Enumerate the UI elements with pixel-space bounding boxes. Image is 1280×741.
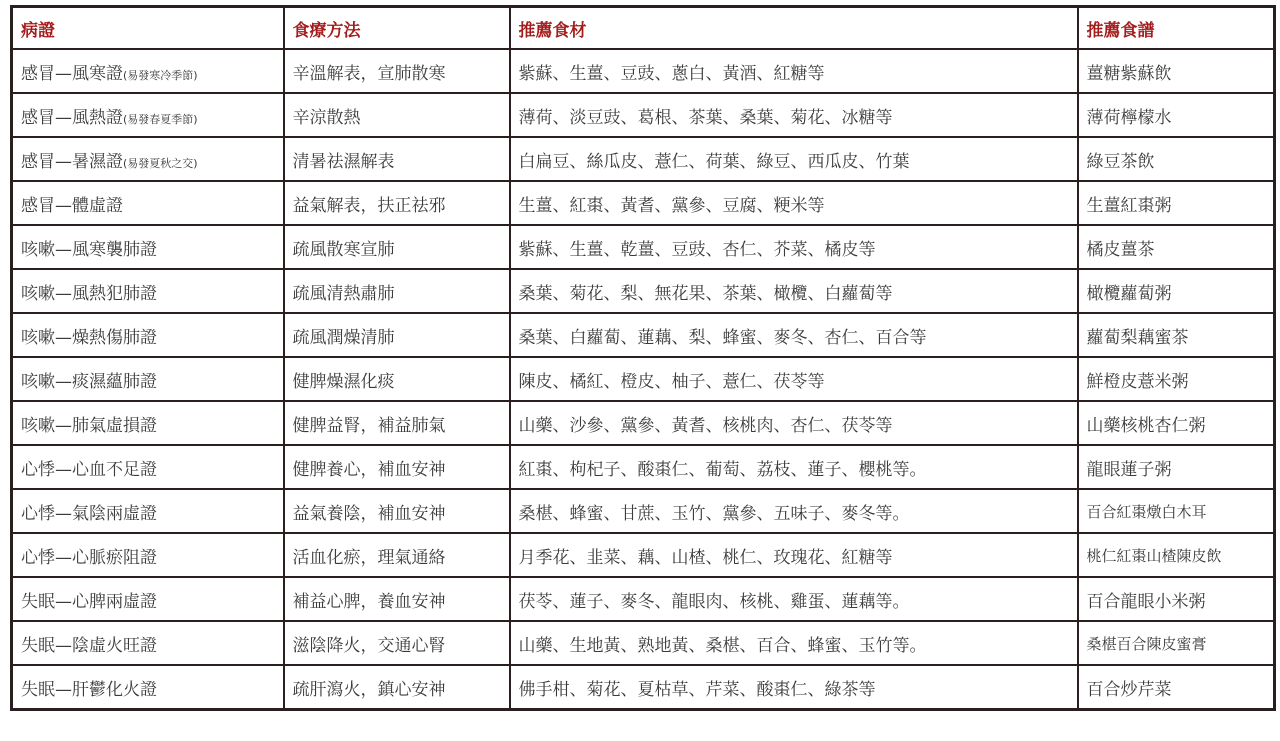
cell-condition-text: 咳嗽—痰濕蘊肺證 bbox=[21, 372, 157, 392]
cell-recipe: 生薑紅棗粥 bbox=[1078, 181, 1275, 225]
cell-method: 辛涼散熱 bbox=[284, 93, 510, 137]
cell-method-text: 益氣解表，扶正祛邪 bbox=[293, 196, 446, 216]
cell-condition: 心悸—心脈瘀阻證 bbox=[12, 533, 284, 577]
cell-method: 疏肝瀉火，鎮心安神 bbox=[284, 665, 510, 710]
cell-ingredients: 月季花、韭菜、藕、山楂、桃仁、玫瑰花、紅糖等 bbox=[510, 533, 1078, 577]
cell-condition-text: 感冒—風寒證 bbox=[21, 64, 123, 84]
cell-ingredients-text: 月季花、韭菜、藕、山楂、桃仁、玫瑰花、紅糖等 bbox=[519, 548, 893, 568]
cell-recipe-text: 薑糖紫蘇飲 bbox=[1087, 64, 1172, 84]
table-row: 心悸—心血不足證健脾養心，補血安神紅棗、枸杞子、酸棗仁、葡萄、荔枝、蓮子、櫻桃等… bbox=[12, 445, 1275, 489]
header-condition: 病證 bbox=[12, 7, 284, 50]
cell-ingredients: 桑椹、蜂蜜、甘蔗、玉竹、黨參、五味子、麥冬等。 bbox=[510, 489, 1078, 533]
cell-method: 益氣養陰，補血安神 bbox=[284, 489, 510, 533]
header-method: 食療方法 bbox=[284, 7, 510, 50]
cell-condition: 咳嗽—痰濕蘊肺證 bbox=[12, 357, 284, 401]
table-row: 心悸—心脈瘀阻證活血化瘀，理氣通絡月季花、韭菜、藕、山楂、桃仁、玫瑰花、紅糖等桃… bbox=[12, 533, 1275, 577]
cell-recipe: 綠豆茶飲 bbox=[1078, 137, 1275, 181]
cell-ingredients-text: 桑葉、白蘿蔔、蓮藕、梨、蜂蜜、麥冬、杏仁、百合等 bbox=[519, 328, 927, 348]
table-row: 感冒—體虛證益氣解表，扶正祛邪生薑、紅棗、黃耆、黨參、豆腐、粳米等生薑紅棗粥 bbox=[12, 181, 1275, 225]
cell-recipe-text: 山藥核桃杏仁粥 bbox=[1087, 416, 1206, 436]
cell-ingredients: 桑葉、菊花、梨、無花果、茶葉、橄欖、白蘿蔔等 bbox=[510, 269, 1078, 313]
cell-condition: 咳嗽—風寒襲肺證 bbox=[12, 225, 284, 269]
cell-recipe: 桃仁紅棗山楂陳皮飲 bbox=[1078, 533, 1275, 577]
cell-recipe: 龍眼蓮子粥 bbox=[1078, 445, 1275, 489]
cell-recipe-text: 百合龍眼小米粥 bbox=[1087, 592, 1206, 612]
condition-season-note: (易發寒冷季節) bbox=[123, 69, 198, 82]
cell-ingredients-text: 桑椹、蜂蜜、甘蔗、玉竹、黨參、五味子、麥冬等。 bbox=[519, 504, 910, 524]
cell-recipe: 薑糖紫蘇飲 bbox=[1078, 49, 1275, 93]
cell-recipe-text: 桑椹百合陳皮蜜膏 bbox=[1087, 635, 1207, 653]
cell-method: 清暑祛濕解表 bbox=[284, 137, 510, 181]
cell-condition-text: 心悸—氣陰兩虛證 bbox=[21, 504, 157, 524]
cell-method-text: 健脾養心，補血安神 bbox=[293, 460, 446, 480]
table-row: 咳嗽—燥熱傷肺證疏風潤燥清肺桑葉、白蘿蔔、蓮藕、梨、蜂蜜、麥冬、杏仁、百合等蘿蔔… bbox=[12, 313, 1275, 357]
cell-method-text: 滋陰降火，交通心腎 bbox=[293, 636, 446, 656]
cell-ingredients: 生薑、紅棗、黃耆、黨參、豆腐、粳米等 bbox=[510, 181, 1078, 225]
cell-condition: 感冒—暑濕證(易發夏秋之交) bbox=[12, 137, 284, 181]
cell-ingredients-text: 佛手柑、菊花、夏枯草、芹菜、酸棗仁、綠茶等 bbox=[519, 680, 876, 700]
cell-condition: 失眠—肝鬱化火證 bbox=[12, 665, 284, 710]
cell-recipe: 薄荷檸檬水 bbox=[1078, 93, 1275, 137]
cell-ingredients: 紫蘇、生薑、乾薑、豆豉、杏仁、芥菜、橘皮等 bbox=[510, 225, 1078, 269]
table-row: 感冒—風熱證(易發春夏季節)辛涼散熱薄荷、淡豆豉、葛根、茶葉、桑葉、菊花、冰糖等… bbox=[12, 93, 1275, 137]
cell-ingredients-text: 山藥、生地黃、熟地黃、桑椹、百合、蜂蜜、玉竹等。 bbox=[519, 636, 927, 656]
table-row: 失眠—陰虛火旺證滋陰降火，交通心腎山藥、生地黃、熟地黃、桑椹、百合、蜂蜜、玉竹等… bbox=[12, 621, 1275, 665]
cell-ingredients-text: 紫蘇、生薑、乾薑、豆豉、杏仁、芥菜、橘皮等 bbox=[519, 240, 876, 260]
table-row: 感冒—風寒證(易發寒冷季節)辛溫解表，宣肺散寒紫蘇、生薑、豆豉、蔥白、黃酒、紅糖… bbox=[12, 49, 1275, 93]
cell-ingredients: 白扁豆、絲瓜皮、薏仁、荷葉、綠豆、西瓜皮、竹葉 bbox=[510, 137, 1078, 181]
cell-recipe-text: 生薑紅棗粥 bbox=[1087, 196, 1172, 216]
table-row: 失眠—心脾兩虛證補益心脾，養血安神茯苓、蓮子、麥冬、龍眼肉、核桃、雞蛋、蓮藕等。… bbox=[12, 577, 1275, 621]
cell-condition-text: 心悸—心血不足證 bbox=[21, 460, 157, 480]
cell-recipe-text: 鮮橙皮薏米粥 bbox=[1087, 372, 1189, 392]
cell-recipe-text: 蘿蔔梨藕蜜茶 bbox=[1087, 328, 1189, 348]
cell-method: 活血化瘀，理氣通絡 bbox=[284, 533, 510, 577]
condition-season-note: (易發夏秋之交) bbox=[123, 157, 198, 170]
cell-condition: 失眠—陰虛火旺證 bbox=[12, 621, 284, 665]
cell-method: 疏風散寒宣肺 bbox=[284, 225, 510, 269]
cell-condition-text: 感冒—風熱證 bbox=[21, 108, 123, 128]
cell-condition: 心悸—心血不足證 bbox=[12, 445, 284, 489]
cell-method-text: 辛涼散熱 bbox=[293, 108, 361, 128]
cell-condition: 感冒—風寒證(易發寒冷季節) bbox=[12, 49, 284, 93]
table-header-row: 病證 食療方法 推薦食材 推薦食譜 bbox=[12, 7, 1275, 50]
cell-recipe: 百合紅棗燉白木耳 bbox=[1078, 489, 1275, 533]
cell-ingredients-text: 陳皮、橘紅、橙皮、柚子、薏仁、茯苓等 bbox=[519, 372, 825, 392]
cell-method-text: 健脾燥濕化痰 bbox=[293, 372, 395, 392]
cell-condition-text: 失眠—心脾兩虛證 bbox=[21, 592, 157, 612]
cell-ingredients: 佛手柑、菊花、夏枯草、芹菜、酸棗仁、綠茶等 bbox=[510, 665, 1078, 710]
cell-ingredients-text: 桑葉、菊花、梨、無花果、茶葉、橄欖、白蘿蔔等 bbox=[519, 284, 893, 304]
table-row: 心悸—氣陰兩虛證益氣養陰，補血安神桑椹、蜂蜜、甘蔗、玉竹、黨參、五味子、麥冬等。… bbox=[12, 489, 1275, 533]
cell-condition: 咳嗽—風熱犯肺證 bbox=[12, 269, 284, 313]
cell-method-text: 健脾益腎，補益肺氣 bbox=[293, 416, 446, 436]
cell-method-text: 補益心脾，養血安神 bbox=[293, 592, 446, 612]
cell-ingredients-text: 茯苓、蓮子、麥冬、龍眼肉、核桃、雞蛋、蓮藕等。 bbox=[519, 592, 910, 612]
cell-ingredients-text: 山藥、沙參、黨參、黃耆、核桃肉、杏仁、茯苓等 bbox=[519, 416, 893, 436]
cell-recipe: 桑椹百合陳皮蜜膏 bbox=[1078, 621, 1275, 665]
condition-season-note: (易發春夏季節) bbox=[123, 113, 198, 126]
cell-method-text: 清暑祛濕解表 bbox=[293, 152, 395, 172]
cell-ingredients: 山藥、沙參、黨參、黃耆、核桃肉、杏仁、茯苓等 bbox=[510, 401, 1078, 445]
cell-method: 疏風清熱肅肺 bbox=[284, 269, 510, 313]
cell-ingredients-text: 白扁豆、絲瓜皮、薏仁、荷葉、綠豆、西瓜皮、竹葉 bbox=[519, 152, 910, 172]
cell-ingredients: 茯苓、蓮子、麥冬、龍眼肉、核桃、雞蛋、蓮藕等。 bbox=[510, 577, 1078, 621]
table-row: 失眠—肝鬱化火證疏肝瀉火，鎮心安神佛手柑、菊花、夏枯草、芹菜、酸棗仁、綠茶等百合… bbox=[12, 665, 1275, 710]
cell-condition: 感冒—風熱證(易發春夏季節) bbox=[12, 93, 284, 137]
cell-ingredients: 薄荷、淡豆豉、葛根、茶葉、桑葉、菊花、冰糖等 bbox=[510, 93, 1078, 137]
cell-condition-text: 咳嗽—風寒襲肺證 bbox=[21, 240, 157, 260]
cell-condition: 失眠—心脾兩虛證 bbox=[12, 577, 284, 621]
cell-recipe-text: 綠豆茶飲 bbox=[1087, 152, 1155, 172]
cell-method-text: 辛溫解表，宣肺散寒 bbox=[293, 64, 446, 84]
cell-recipe-text: 橄欖蘿蔔粥 bbox=[1087, 284, 1172, 304]
cell-ingredients-text: 紅棗、枸杞子、酸棗仁、葡萄、荔枝、蓮子、櫻桃等。 bbox=[519, 460, 927, 480]
cell-ingredients-text: 薄荷、淡豆豉、葛根、茶葉、桑葉、菊花、冰糖等 bbox=[519, 108, 893, 128]
cell-condition-text: 感冒—暑濕證 bbox=[21, 152, 123, 172]
cell-method-text: 活血化瘀，理氣通絡 bbox=[293, 548, 446, 568]
cell-condition-text: 咳嗽—風熱犯肺證 bbox=[21, 284, 157, 304]
cell-method: 辛溫解表，宣肺散寒 bbox=[284, 49, 510, 93]
cell-recipe-text: 百合炒芹菜 bbox=[1087, 680, 1172, 700]
header-recipe: 推薦食譜 bbox=[1078, 7, 1275, 50]
cell-recipe-text: 百合紅棗燉白木耳 bbox=[1087, 503, 1207, 521]
cell-ingredients: 山藥、生地黃、熟地黃、桑椹、百合、蜂蜜、玉竹等。 bbox=[510, 621, 1078, 665]
cell-recipe-text: 桃仁紅棗山楂陳皮飲 bbox=[1087, 547, 1222, 565]
cell-ingredients: 紅棗、枸杞子、酸棗仁、葡萄、荔枝、蓮子、櫻桃等。 bbox=[510, 445, 1078, 489]
cell-method-text: 疏肝瀉火，鎮心安神 bbox=[293, 680, 446, 700]
cell-method-text: 益氣養陰，補血安神 bbox=[293, 504, 446, 524]
cell-method-text: 疏風潤燥清肺 bbox=[293, 328, 395, 348]
cell-method: 健脾燥濕化痰 bbox=[284, 357, 510, 401]
cell-method-text: 疏風清熱肅肺 bbox=[293, 284, 395, 304]
cell-recipe: 百合炒芹菜 bbox=[1078, 665, 1275, 710]
cell-recipe: 山藥核桃杏仁粥 bbox=[1078, 401, 1275, 445]
cell-recipe: 橄欖蘿蔔粥 bbox=[1078, 269, 1275, 313]
cell-method: 益氣解表，扶正祛邪 bbox=[284, 181, 510, 225]
table-row: 感冒—暑濕證(易發夏秋之交)清暑祛濕解表白扁豆、絲瓜皮、薏仁、荷葉、綠豆、西瓜皮… bbox=[12, 137, 1275, 181]
cell-method: 健脾養心，補血安神 bbox=[284, 445, 510, 489]
cell-ingredients-text: 生薑、紅棗、黃耆、黨參、豆腐、粳米等 bbox=[519, 196, 825, 216]
cell-condition: 咳嗽—燥熱傷肺證 bbox=[12, 313, 284, 357]
cell-recipe: 鮮橙皮薏米粥 bbox=[1078, 357, 1275, 401]
cell-ingredients: 桑葉、白蘿蔔、蓮藕、梨、蜂蜜、麥冬、杏仁、百合等 bbox=[510, 313, 1078, 357]
cell-method-text: 疏風散寒宣肺 bbox=[293, 240, 395, 260]
cell-method: 健脾益腎，補益肺氣 bbox=[284, 401, 510, 445]
diet-therapy-table-container: 病證 食療方法 推薦食材 推薦食譜 感冒—風寒證(易發寒冷季節)辛溫解表，宣肺散… bbox=[10, 5, 1273, 711]
cell-recipe-text: 橘皮薑茶 bbox=[1087, 240, 1155, 260]
cell-condition: 感冒—體虛證 bbox=[12, 181, 284, 225]
cell-condition: 咳嗽—肺氣虛損證 bbox=[12, 401, 284, 445]
cell-ingredients: 紫蘇、生薑、豆豉、蔥白、黃酒、紅糖等 bbox=[510, 49, 1078, 93]
cell-recipe: 蘿蔔梨藕蜜茶 bbox=[1078, 313, 1275, 357]
cell-recipe: 橘皮薑茶 bbox=[1078, 225, 1275, 269]
table-row: 咳嗽—風寒襲肺證疏風散寒宣肺紫蘇、生薑、乾薑、豆豉、杏仁、芥菜、橘皮等橘皮薑茶 bbox=[12, 225, 1275, 269]
cell-condition-text: 心悸—心脈瘀阻證 bbox=[21, 548, 157, 568]
cell-condition-text: 咳嗽—肺氣虛損證 bbox=[21, 416, 157, 436]
cell-condition-text: 感冒—體虛證 bbox=[21, 196, 123, 216]
cell-condition-text: 失眠—陰虛火旺證 bbox=[21, 636, 157, 656]
cell-condition: 心悸—氣陰兩虛證 bbox=[12, 489, 284, 533]
cell-condition-text: 咳嗽—燥熱傷肺證 bbox=[21, 328, 157, 348]
cell-method: 疏風潤燥清肺 bbox=[284, 313, 510, 357]
table-body: 感冒—風寒證(易發寒冷季節)辛溫解表，宣肺散寒紫蘇、生薑、豆豉、蔥白、黃酒、紅糖… bbox=[12, 49, 1275, 710]
diet-therapy-table: 病證 食療方法 推薦食材 推薦食譜 感冒—風寒證(易發寒冷季節)辛溫解表，宣肺散… bbox=[10, 5, 1276, 711]
cell-ingredients-text: 紫蘇、生薑、豆豉、蔥白、黃酒、紅糖等 bbox=[519, 64, 825, 84]
table-row: 咳嗽—風熱犯肺證疏風清熱肅肺桑葉、菊花、梨、無花果、茶葉、橄欖、白蘿蔔等橄欖蘿蔔… bbox=[12, 269, 1275, 313]
cell-ingredients: 陳皮、橘紅、橙皮、柚子、薏仁、茯苓等 bbox=[510, 357, 1078, 401]
cell-recipe: 百合龍眼小米粥 bbox=[1078, 577, 1275, 621]
cell-condition-text: 失眠—肝鬱化火證 bbox=[21, 680, 157, 700]
cell-method: 滋陰降火，交通心腎 bbox=[284, 621, 510, 665]
cell-method: 補益心脾，養血安神 bbox=[284, 577, 510, 621]
header-ingredients: 推薦食材 bbox=[510, 7, 1078, 50]
table-row: 咳嗽—痰濕蘊肺證健脾燥濕化痰陳皮、橘紅、橙皮、柚子、薏仁、茯苓等鮮橙皮薏米粥 bbox=[12, 357, 1275, 401]
table-row: 咳嗽—肺氣虛損證健脾益腎，補益肺氣山藥、沙參、黨參、黃耆、核桃肉、杏仁、茯苓等山… bbox=[12, 401, 1275, 445]
cell-recipe-text: 薄荷檸檬水 bbox=[1087, 108, 1172, 128]
cell-recipe-text: 龍眼蓮子粥 bbox=[1087, 460, 1172, 480]
